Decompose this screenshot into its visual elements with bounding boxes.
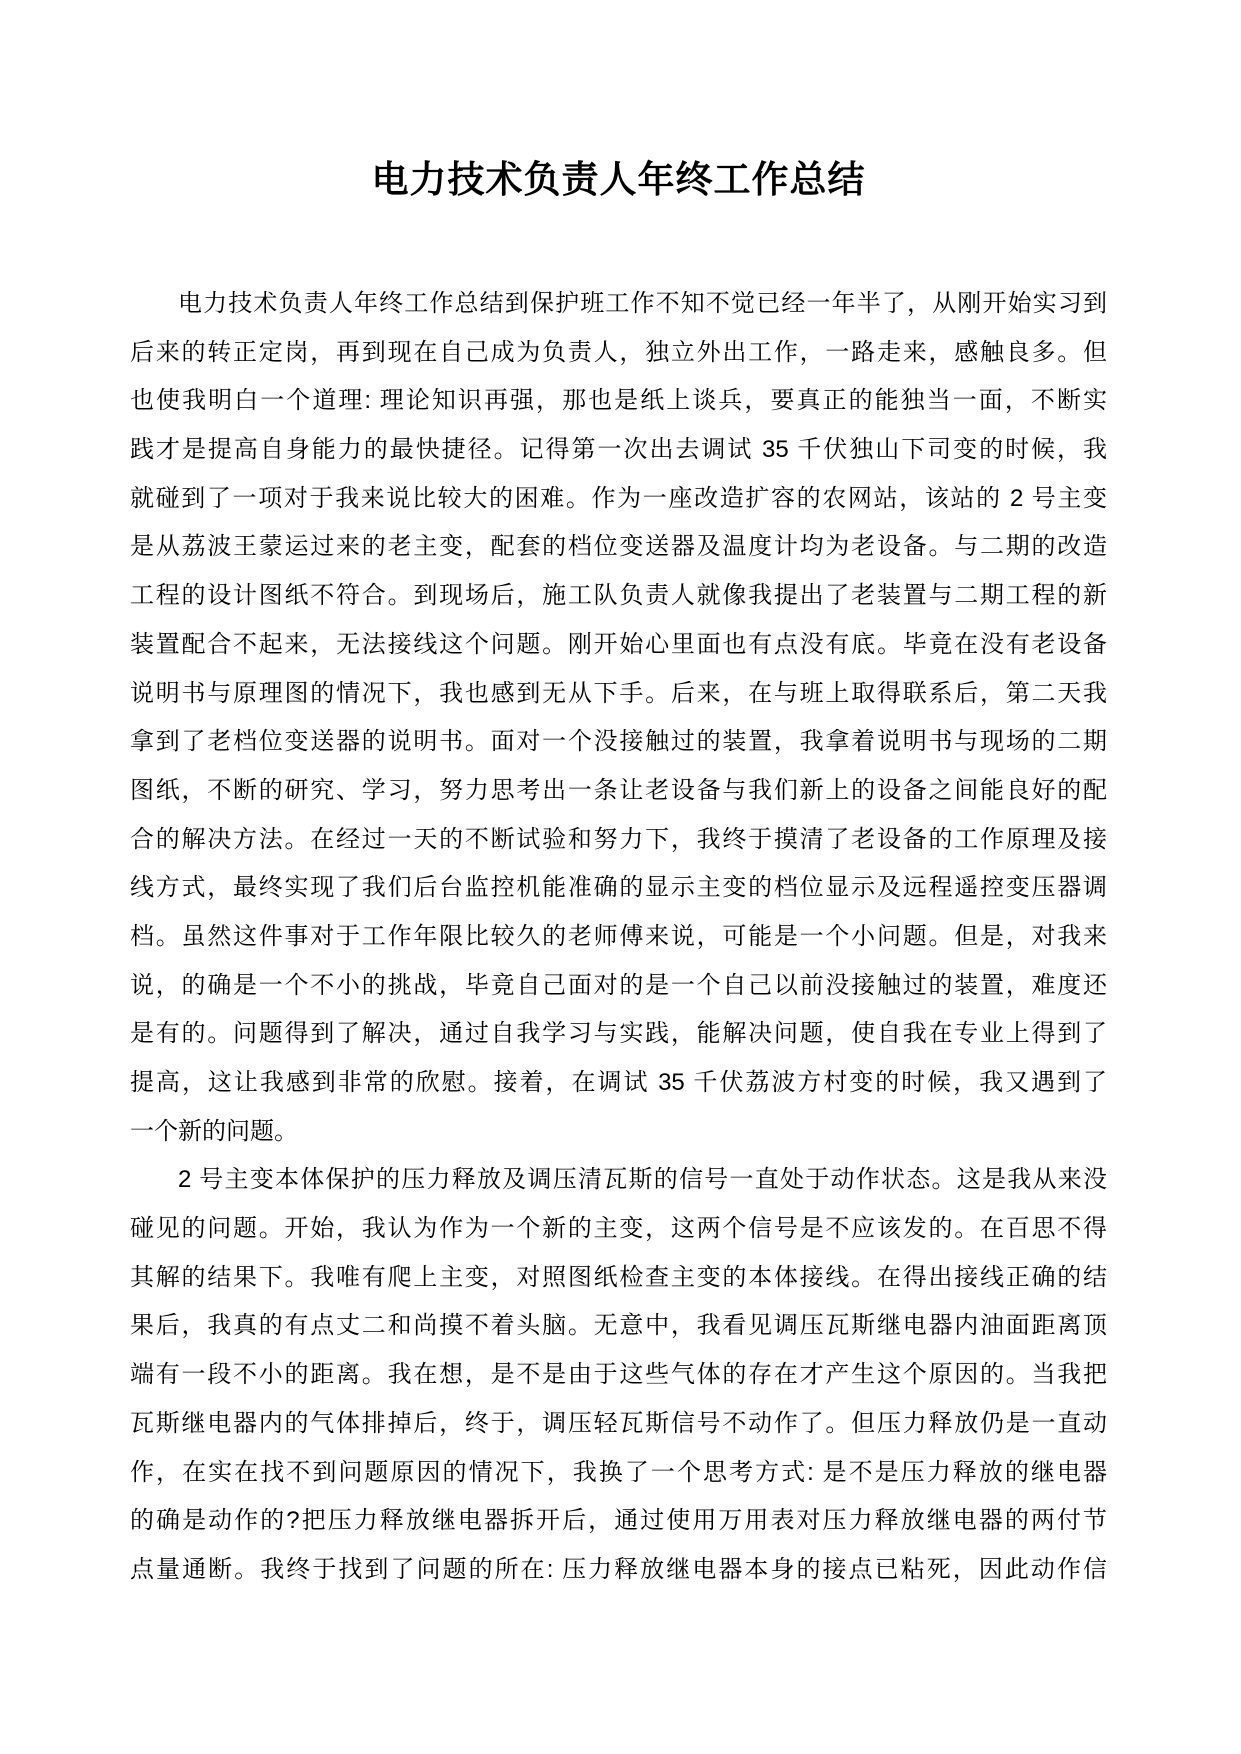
- document-title: 电力技术负责人年终工作总结: [130, 157, 1107, 203]
- text-line: 端有一段不小的距离。我在想，是不是由于这些气体的存在才产生这个原因的。当我把: [130, 1351, 1107, 1400]
- text-line: 2 号主变本体保护的压力释放及调压清瓦斯的信号一直处于动作状态。这是我从来没: [130, 1156, 1107, 1205]
- text-line: 也使我明白一个道理: 理论知识再强，那也是纸上谈兵，要真正的能独当一面，不断实: [130, 377, 1107, 426]
- text-line: 碰见的问题。开始，我认为作为一个新的主变，这两个信号是不应该发的。在百思不得: [130, 1205, 1107, 1254]
- text-line: 图纸，不断的研究、学习，努力思考出一条让老设备与我们新上的设备之间能良好的配: [130, 767, 1107, 816]
- text-line: 其解的结果下。我唯有爬上主变，对照图纸检查主变的本体接线。在得出接线正确的结: [130, 1254, 1107, 1303]
- text-line: 瓦斯继电器内的气体排掉后，终于，调压轻瓦斯信号不动作了。但压力释放仍是一直动: [130, 1400, 1107, 1449]
- text-line: 是有的。问题得到了解决，通过自我学习与实践，能解决问题，使自我在专业上得到了: [130, 1010, 1107, 1059]
- paragraph-2: 2 号主变本体保护的压力释放及调压清瓦斯的信号一直处于动作状态。这是我从来没碰见…: [130, 1156, 1107, 1594]
- text-line: 拿到了老档位变送器的说明书。面对一个没接触过的装置，我拿着说明书与现场的二期: [130, 718, 1107, 767]
- text-line: 后来的转正定岗，再到现在自己成为负责人，独立外出工作，一路走来，感触良多。但: [130, 329, 1107, 378]
- text-line: 提高，这让我感到非常的欣慰。接着，在调试 35 千伏荔波方村变的时候，我又遇到了: [130, 1059, 1107, 1108]
- text-line: 一个新的问题。: [130, 1108, 1107, 1157]
- text-line: 践才是提高自身能力的最快捷径。记得第一次出去调试 35 千伏独山下司变的时候，我: [130, 426, 1107, 475]
- text-line: 点量通断。我终于找到了问题的所在: 压力释放继电器本身的接点已粘死，因此动作信: [130, 1546, 1107, 1595]
- text-line: 合的解决方法。在经过一天的不断试验和努力下，我终于摸清了老设备的工作原理及接: [130, 816, 1107, 865]
- text-line: 作，在实在找不到问题原因的情况下，我换了一个思考方式: 是不是压力释放的继电器: [130, 1449, 1107, 1498]
- paragraph-1: 电力技术负责人年终工作总结到保护班工作不知不觉已经一年半了，从刚开始实习到后来的…: [130, 280, 1107, 1156]
- text-line: 电力技术负责人年终工作总结到保护班工作不知不觉已经一年半了，从刚开始实习到: [130, 280, 1107, 329]
- text-line: 就碰到了一项对于我来说比较大的困难。作为一座改造扩容的农网站，该站的 2 号主变: [130, 475, 1107, 524]
- text-line: 工程的设计图纸不符合。到现场后，施工队负责人就像我提出了老装置与二期工程的新: [130, 572, 1107, 621]
- text-line: 装置配合不起来，无法接线这个问题。刚开始心里面也有点没有底。毕竟在没有老设备: [130, 621, 1107, 670]
- text-line: 说，的确是一个不小的挑战，毕竟自己面对的是一个自己以前没接触过的装置，难度还: [130, 962, 1107, 1011]
- text-line: 档。虽然这件事对于工作年限比较久的老师傅来说，可能是一个小问题。但是，对我来: [130, 913, 1107, 962]
- document-page: 电力技术负责人年终工作总结 电力技术负责人年终工作总结到保护班工作不知不觉已经一…: [0, 0, 1241, 1754]
- text-line: 是从荔波王蒙运过来的老主变，配套的档位变送器及温度计均为老设备。与二期的改造: [130, 523, 1107, 572]
- text-line: 说明书与原理图的情况下，我也感到无从下手。后来，在与班上取得联系后，第二天我: [130, 670, 1107, 719]
- text-line: 线方式，最终实现了我们后台监控机能准确的显示主变的档位显示及远程遥控变压器调: [130, 864, 1107, 913]
- text-line: 的确是动作的?把压力释放继电器拆开后，通过使用万用表对压力释放继电器的两付节: [130, 1497, 1107, 1546]
- text-line: 果后，我真的有点丈二和尚摸不着头脑。无意中，我看见调压瓦斯继电器内油面距离顶: [130, 1302, 1107, 1351]
